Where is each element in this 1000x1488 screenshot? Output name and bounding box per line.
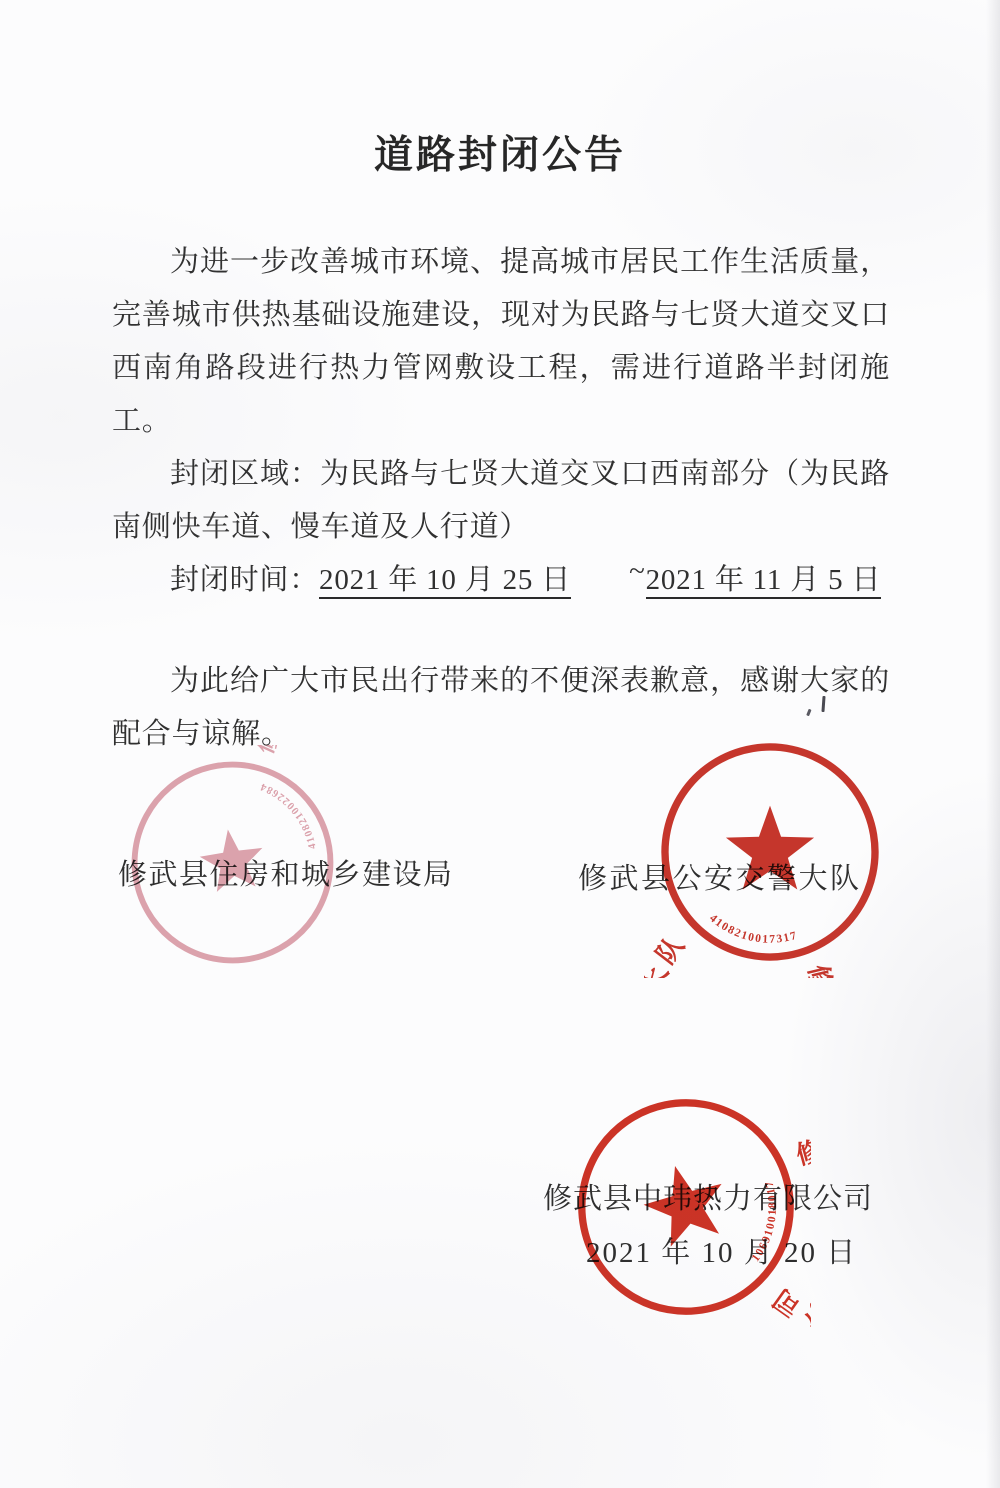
intro-paragraph: 为进一步改善城市环境、提高城市居民工作生活质量，完善城市供热基础设施建设，现对为…	[112, 236, 890, 448]
signatory-traffic-police: 修武县公安交警大队	[578, 856, 862, 897]
notice-body: 为进一步改善城市环境、提高城市居民工作生活质量，完善城市供热基础设施建设，现对为…	[112, 236, 890, 761]
seal-code-text: 4108210017317	[704, 911, 801, 953]
seal-ring-text: 修武县公安交通警察大队	[644, 924, 847, 978]
signatory-heating-company: 修武县中玮热力有限公司	[543, 1176, 873, 1217]
issue-date: 2021 年 10 月 20 日	[586, 1230, 857, 1271]
notice-title: 道路封闭公告	[0, 124, 1000, 180]
closure-time-paragraph: 封闭时间：2021 年 10 月 25 日~2021 年 11 月 5 日	[112, 554, 890, 607]
seal-traffic-police: 修武县公安交通警察大队 4108210017317	[644, 726, 896, 978]
signatory-housing-bureau: 修武县住房和城乡建设局	[118, 852, 454, 893]
closure-time-to: 2021 年 11 月 5 日	[646, 564, 882, 599]
closure-area-label: 封闭区域：	[170, 458, 320, 490]
tilde-separator: ~	[571, 545, 646, 598]
seal-ring	[645, 727, 894, 976]
seal-rotated-group: 修武县公安交通警察大队 4108210017317	[644, 727, 895, 978]
closure-time-label: 封闭时间：	[170, 564, 319, 596]
seal-code-text: 4108210022684	[254, 772, 328, 854]
closure-time-from: 2021 年 10 月 25 日	[319, 564, 571, 599]
scanned-notice-page: 道路封闭公告 为进一步改善城市环境、提高城市居民工作生活质量，完善城市供热基础设…	[0, 0, 1000, 1488]
closure-area-paragraph: 封闭区域：为民路与七贤大道交叉口西南部分（为民路南侧快车道、慢车道及人行道）	[112, 448, 890, 554]
apology-paragraph: 为此给广大市民出行带来的不便深表歉意，感谢大家的配合与谅解。	[112, 655, 890, 761]
